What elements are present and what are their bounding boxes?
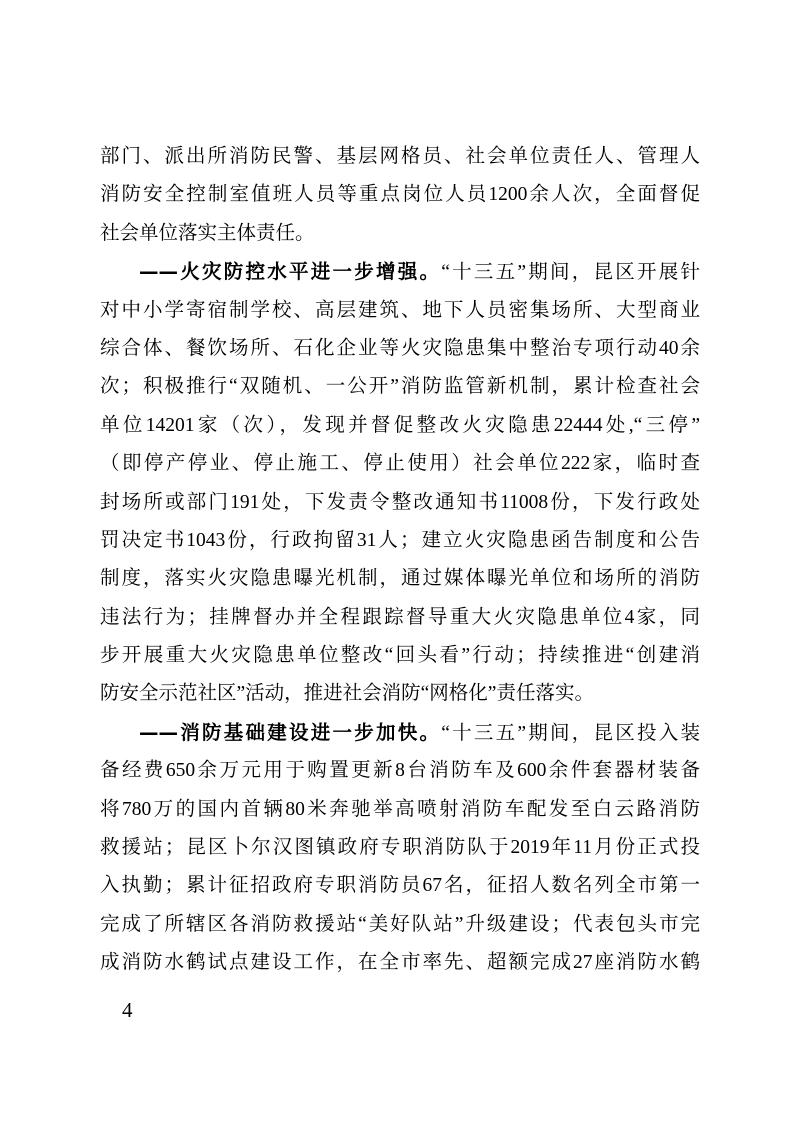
text-line: （即停产停业、停止施工、停止使用）社会单位222家，临时查 (100, 445, 700, 483)
paragraph-lead-rest: “十三五”期间，昆区开展针 (441, 262, 700, 283)
text-line: 部门、派出所消防民警、基层网格员、社会单位责任人、管理人 (100, 138, 700, 176)
text-block: 部门、派出所消防民警、基层网格员、社会单位责任人、管理人 消防安全控制室值班人员… (100, 138, 700, 983)
document-page: 部门、派出所消防民警、基层网格员、社会单位责任人、管理人 消防安全控制室值班人员… (0, 0, 793, 1122)
text-line: 将780万的国内首辆80米奔驰举高喷射消防车配发至白云路消防 (100, 791, 700, 829)
text-line: ——火灾防控水平进一步增强。“十三五”期间，昆区开展针 (100, 253, 700, 291)
text-line: 罚决定书1043份，行政拘留31人；建立火灾隐患函告制度和公告 (100, 522, 700, 560)
text-line: 备经费650余万元用于购置更新8台消防车及600余件套器材装备 (100, 752, 700, 790)
text-line: 成消防水鹤试点建设工作，在全市率先、超额完成27座消防水鹤 (100, 944, 700, 982)
text-line: ——消防基础建设进一步加快。“十三五”期间，昆区投入装 (100, 714, 700, 752)
text-line: 入执勤；累计征招政府专职消防员67名，征招人数名列全市第一 (100, 867, 700, 905)
text-line: 完成了所辖区各消防救援站“美好队站”升级建设；代表包头市完 (100, 906, 700, 944)
text-line: 消防安全控制室值班人员等重点岗位人员1200余人次，全面督促 (100, 176, 700, 214)
paragraph-fire-infrastructure: ——消防基础建设进一步加快。“十三五”期间，昆区投入装 备经费650余万元用于购… (100, 714, 700, 983)
text-line: 防安全示范社区”活动，推进社会消防“网格化”责任落实。 (100, 675, 700, 713)
paragraph-fire-prevention: ——火灾防控水平进一步增强。“十三五”期间，昆区开展针 对中小学寄宿制学校、高层… (100, 253, 700, 714)
paragraph-lead-rest: “十三五”期间，昆区投入装 (441, 723, 700, 744)
text-line: 救援站；昆区卜尔汉图镇政府专职消防队于2019年11月份正式投 (100, 829, 700, 867)
text-line: 封场所或部门191处，下发责令整改通知书11008份，下发行政处 (100, 484, 700, 522)
text-line: 社会单位落实主体责任。 (100, 215, 700, 253)
text-line: 单位14201家（次），发现并督促整改火灾隐患22444处,“三停” (100, 407, 700, 445)
text-line: 违法行为；挂牌督办并全程跟踪督导重大火灾隐患单位4家，同 (100, 599, 700, 637)
text-line: 次；积极推行“双随机、一公开”消防监管新机制，累计检查社会 (100, 368, 700, 406)
text-line: 制度，落实火灾隐患曝光机制，通过媒体曝光单位和场所的消防 (100, 560, 700, 598)
paragraph-continuation: 部门、派出所消防民警、基层网格员、社会单位责任人、管理人 消防安全控制室值班人员… (100, 138, 700, 253)
paragraph-lead-bold: ——火灾防控水平进一步增强。 (139, 260, 441, 283)
text-line: 综合体、餐饮场所、石化企业等火灾隐患集中整治专项行动40余 (100, 330, 700, 368)
text-line: 对中小学寄宿制学校、高层建筑、地下人员密集场所、大型商业 (100, 292, 700, 330)
page-number: 4 (122, 995, 133, 1025)
text-line: 步开展重大火灾隐患单位整改“回头看”行动；持续推进“创建消 (100, 637, 700, 675)
paragraph-lead-bold: ——消防基础建设进一步加快。 (139, 721, 441, 744)
